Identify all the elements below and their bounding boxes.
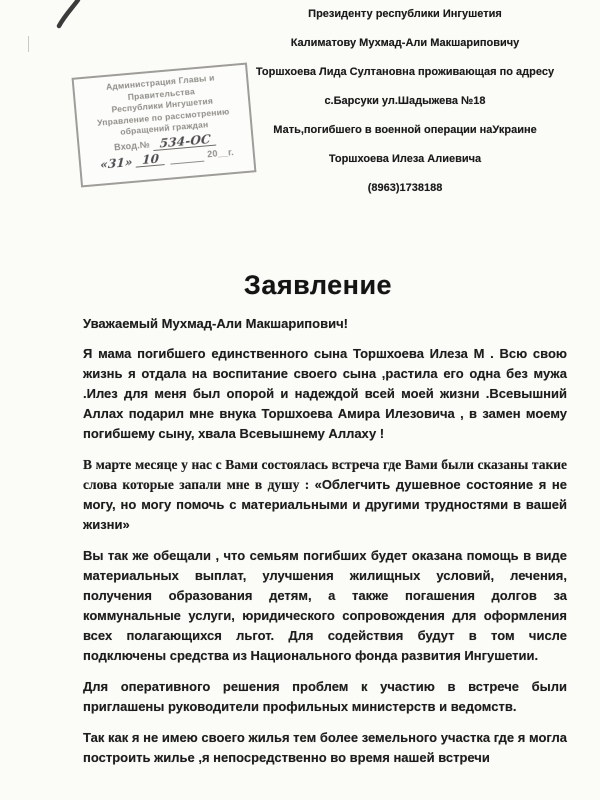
paragraph-family: Я мама погибшего единственного сына Торш…: [83, 344, 567, 444]
addressee-header: Президенту республики Ингушетия Калимато…: [228, 8, 582, 211]
header-sender-address: с.Барсуки ул.Шадыжева №18: [228, 95, 582, 107]
header-deceased-name: Торшхоева Илеза Алиевича: [228, 153, 582, 165]
salutation: Уважаемый Мухмад-Али Макшарипович!: [83, 314, 567, 334]
header-addressee-title: Президенту республики Ингушетия: [228, 8, 582, 20]
stamp-date-day: «31»: [100, 156, 133, 170]
pen-stroke-mark: [50, 0, 90, 30]
document-title: Заявление: [83, 270, 553, 301]
header-phone-number: (8963)1738188: [228, 182, 582, 194]
scan-artifact-line: [28, 36, 29, 52]
paragraph-promises: Вы так же обещали , что семьям погибших …: [83, 546, 567, 666]
header-sender-name: Торшхоева Лида Султановна проживающая по…: [228, 66, 582, 78]
header-addressee-name: Калиматову Мухмад-Али Макшариповичу: [228, 37, 582, 49]
header-sender-status: Мать,погибшего в военной операции наУкра…: [228, 124, 582, 136]
paragraph-officials: Для оперативного решения проблем к участ…: [83, 677, 567, 717]
scanned-letter-page: Администрация Главы и Правительства Респ…: [0, 0, 600, 800]
paragraph-meeting: В марте месяце у нас с Вами состоялась в…: [83, 455, 567, 535]
paragraph-housing: Так как я не имею своего жилья тем более…: [83, 728, 567, 768]
stamp-date-blank: [170, 160, 204, 164]
letter-body: Уважаемый Мухмад-Али Макшарипович! Я мам…: [83, 314, 567, 768]
stamp-date-month: 10: [136, 152, 166, 167]
